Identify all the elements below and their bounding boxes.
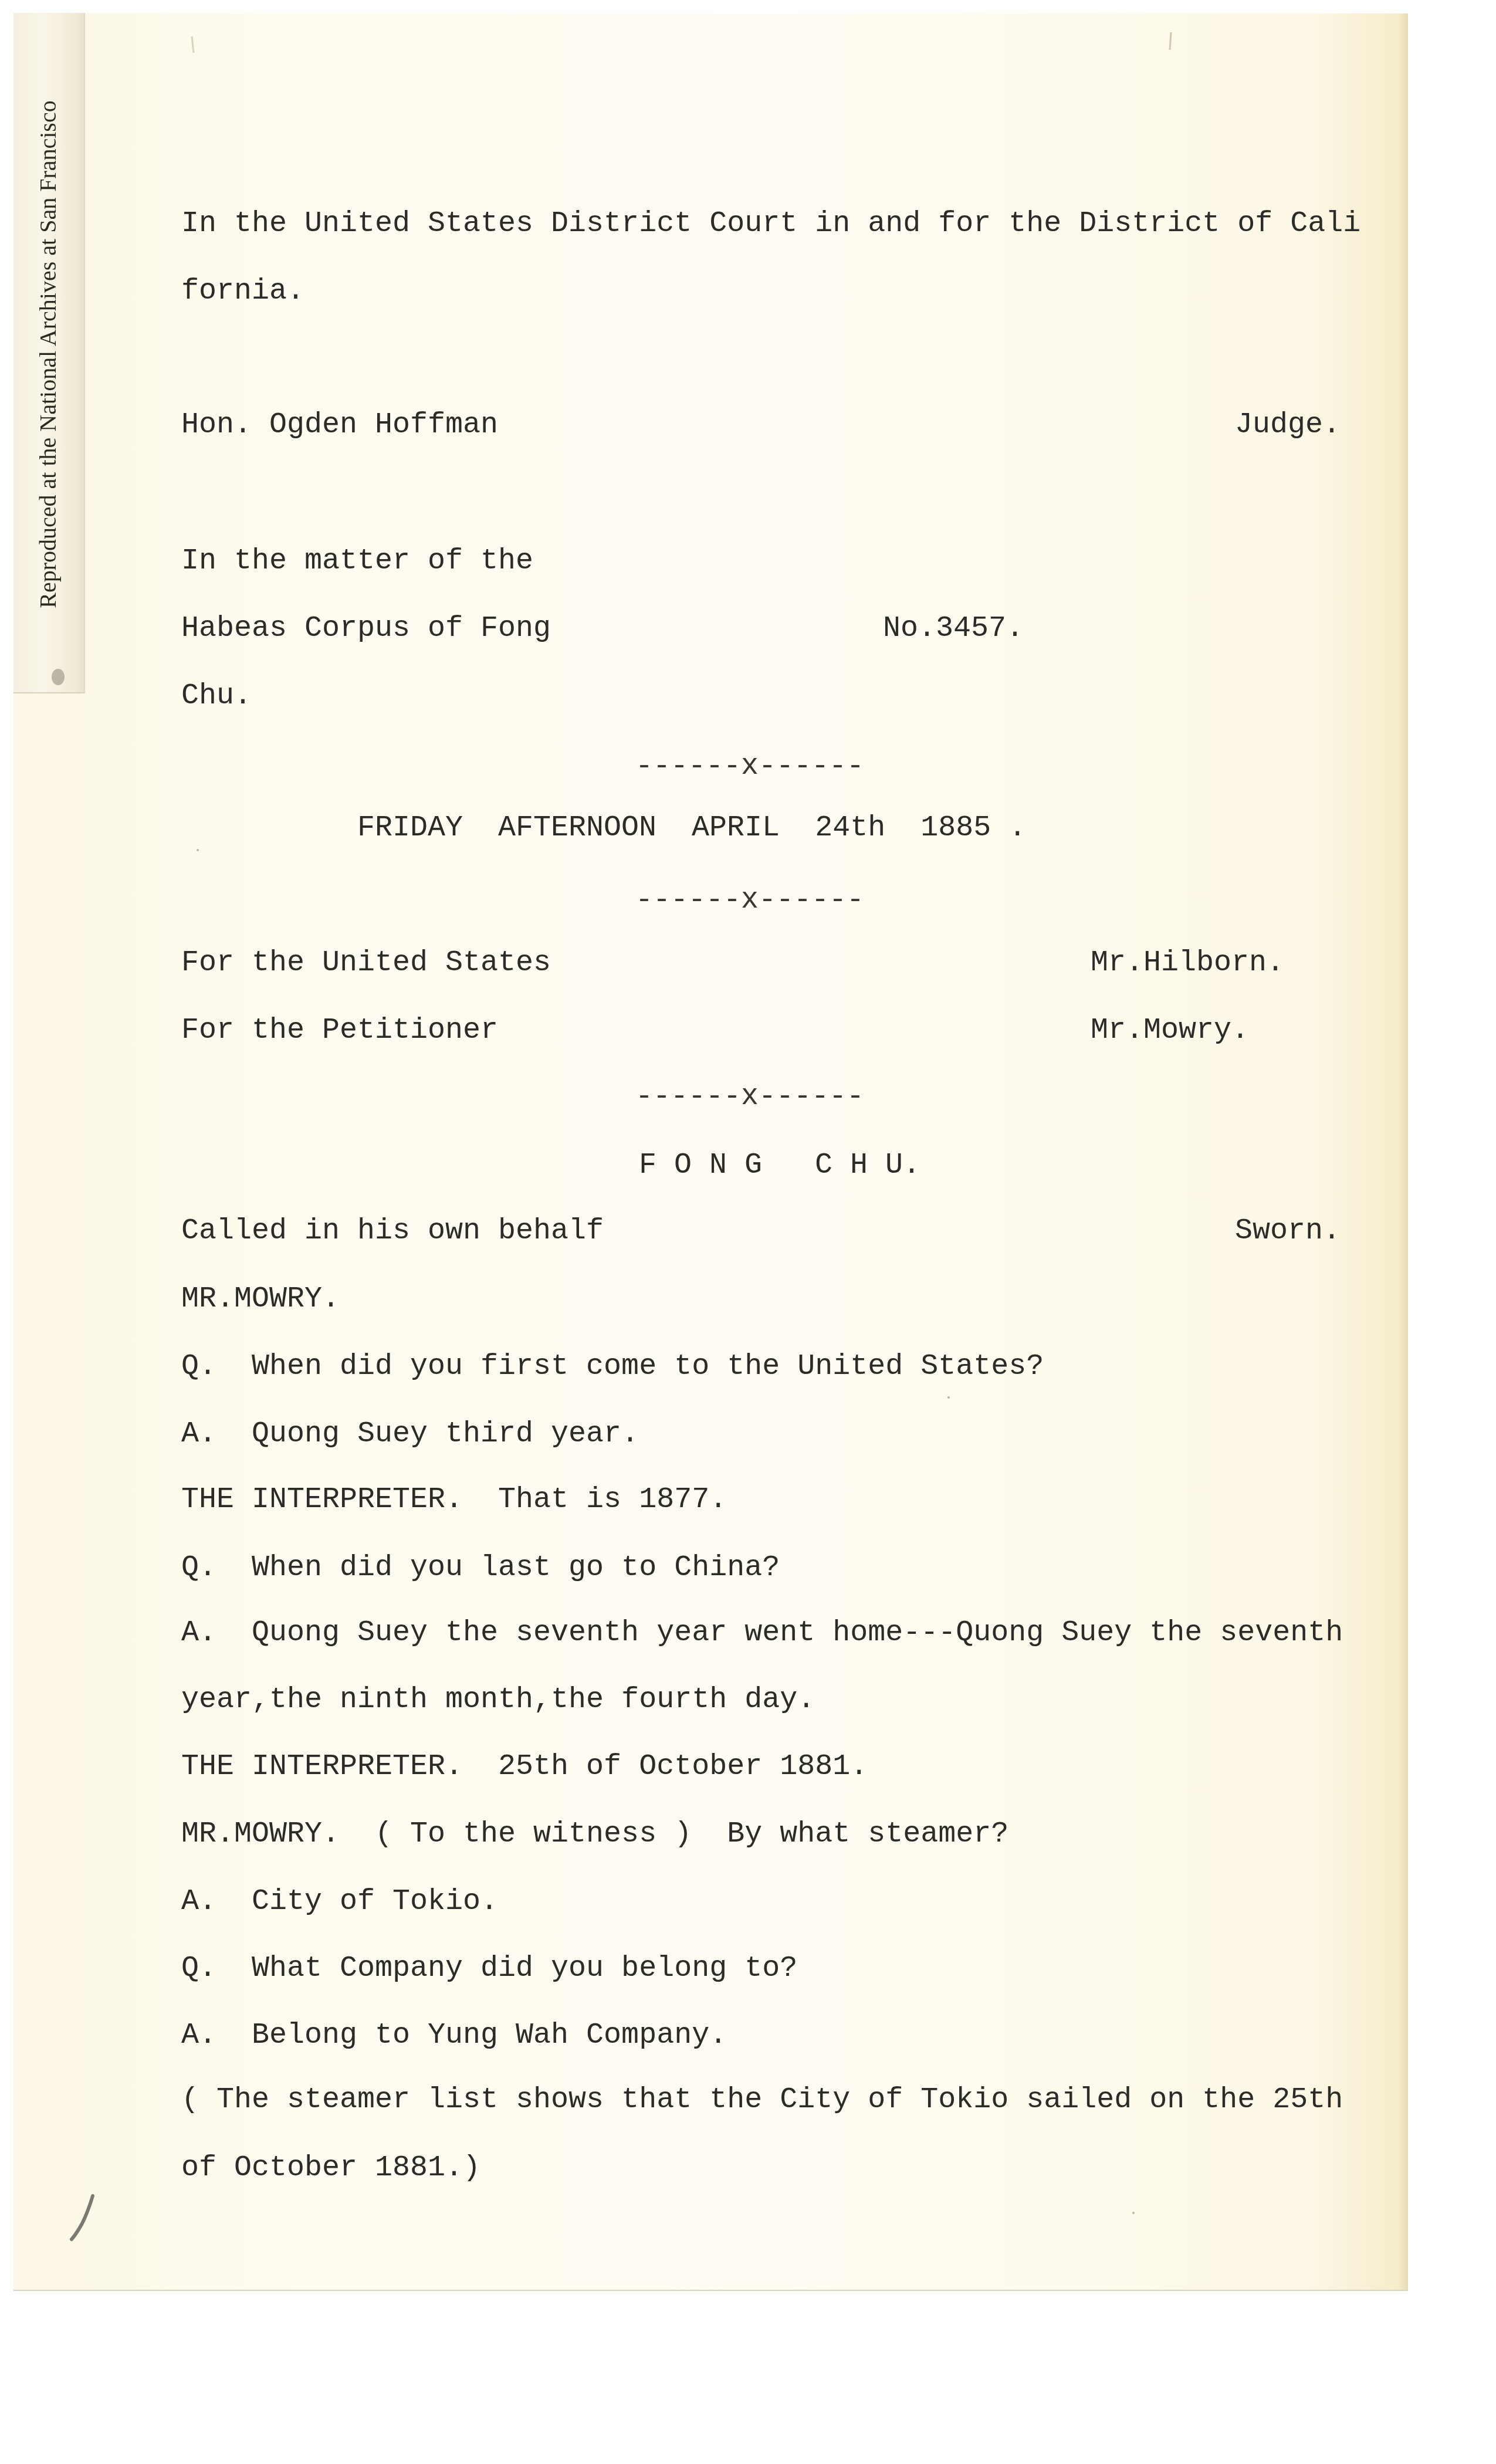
- ink-speck: [1132, 2212, 1135, 2214]
- pencil-slash-mark: [0, 0, 1496, 2464]
- ink-speck: [197, 849, 199, 851]
- ink-speck: [947, 1396, 950, 1399]
